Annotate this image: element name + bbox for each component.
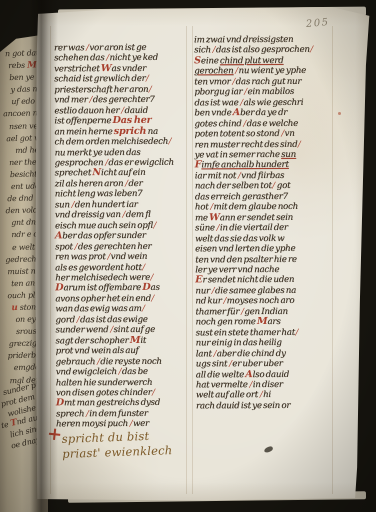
text-line: nur /die samee glabes na [195,286,337,297]
text-line: nur einig in das heilig [196,338,338,349]
text-line: schaid ist grewlich der/ [54,74,188,85]
text-line: das ist wae /als wie geschri [194,97,336,108]
text-line: Seine chind plut werd [194,56,336,67]
text-line: rach dauid ist ye sein or [196,400,338,411]
text-line: spot /des gerechten her [55,241,189,252]
text-line: nicht leng was leben7 [55,189,189,200]
text-line: an mein herne sprich na [54,126,188,137]
text-line: poten totent so stond /vn [195,129,337,140]
text-line: vnd ewigcleich /das be [56,367,190,378]
text-line: sunder wend /sint auf ge [55,325,189,336]
ink-smudge [263,446,273,454]
text-line: Darum ist offembare Das [55,283,189,294]
text-line: me Wann er sendet sein [195,212,337,223]
text-line: schehen das /nicht ye ked [54,53,188,64]
text-line: eisen vnd lerten die yphe [195,244,337,255]
text-line: zil als heren aron /der [55,179,189,190]
text-line: Fimfe anchalb hundert [195,160,337,171]
text-line: priesterschaft her aron/ [54,84,188,95]
text-line: prot vnd wein als auf [56,346,190,357]
manuscript-photo: n got daurebs Meben ye dy das neuf edo h… [0,0,376,512]
text-line: nach der selben tot/ got [195,181,337,192]
text-line: gotes chind /das e welche [194,118,336,129]
text-line: ben vnde Aber da ye dr [194,108,336,119]
text-line: als es gewordent hott/ [55,262,189,273]
text-line: rer was /vor aron ist ge [54,43,188,54]
text-line: sust ein stete thamer hat/ [196,327,338,338]
text-line: hat vermelte /in diser [196,380,338,391]
text-line: priast' ewienklech [62,443,173,462]
text-line: süne /in die viertail der [195,223,337,234]
text-line: gerochen /nu wient ye yphe [194,66,336,77]
text-line: sich /das ist also gesprochen/ [194,45,336,56]
manuscript-page: 205 rer was /vor aron ist geschehen das … [34,6,372,502]
text-column-right: im zwai vnd dreissigstensich /das ist al… [194,35,338,412]
text-line: pborgug iar /ein mabilos [194,87,336,98]
text-line: vnd dreissig van /dem fl [55,210,189,221]
text-line: ugs sint /er uber uber [196,359,338,370]
marginal-annotation: spricht du bistpriast' ewienklech [62,428,173,462]
text-line: noch gen rome Mars [195,317,337,328]
ruling-line [192,26,193,494]
text-line: Er sendet nicht die uden [195,275,337,286]
text-line: das erreich gerasther7 [195,191,337,202]
text-line: ch dem orden melchisedech/ [54,137,188,148]
text-line: welt das sie das volk w [195,233,337,244]
text-line: gebrauch /die reyste noch [56,356,190,367]
text-line: Dmt man gestreichs dysd [56,398,190,409]
text-line: welt auf alle ort /hi [196,390,338,401]
annotation-cross-icon: + [46,423,63,445]
text-column-left: rer was /vor aron ist geschehen das /nic… [54,43,190,430]
text-line: sprechet Nicht auf ein [55,168,189,179]
text-line: eisch mue auch sein opfl/ [55,220,189,231]
text-line: wan das ewig was am/ [55,304,189,315]
text-line: ten vnd den psalter hie re [195,254,337,265]
folio-number: 205 [306,17,330,30]
text-line: avons opher het ein end/ [55,294,189,305]
text-line: ren muster recht des sind/ [195,139,337,150]
text-line: lant /aber die chind dy [196,348,338,359]
text-line: ten vmor /das rach gut nur [194,76,336,87]
text-line: iar mit not /vnd fiirbas [195,171,337,182]
text-line: sagt der schopher Mit [56,335,190,346]
text-line: halten hie sunderwerch [56,377,190,388]
text-line: vnd mer /des gerechter7 [54,95,188,106]
text-line: verstrichet Was vnder [54,64,188,75]
text-line: Aber das opfer sunder [55,231,189,242]
text-line: ren was prot /vnd wein [55,252,189,263]
text-line: nu merkt ye uden das [55,147,189,158]
text-line: im zwai vnd dreissigsten [194,35,336,46]
text-line: nd kur /moyses noch aro [195,296,337,307]
text-line: sprech /in dem funster [56,409,190,420]
text-line: sun /den hundert iar [55,199,189,210]
red-speck [338,112,341,115]
text-line: gord /das ist das ewige [55,314,189,325]
text-line: all die welte Also dauid [196,369,338,380]
